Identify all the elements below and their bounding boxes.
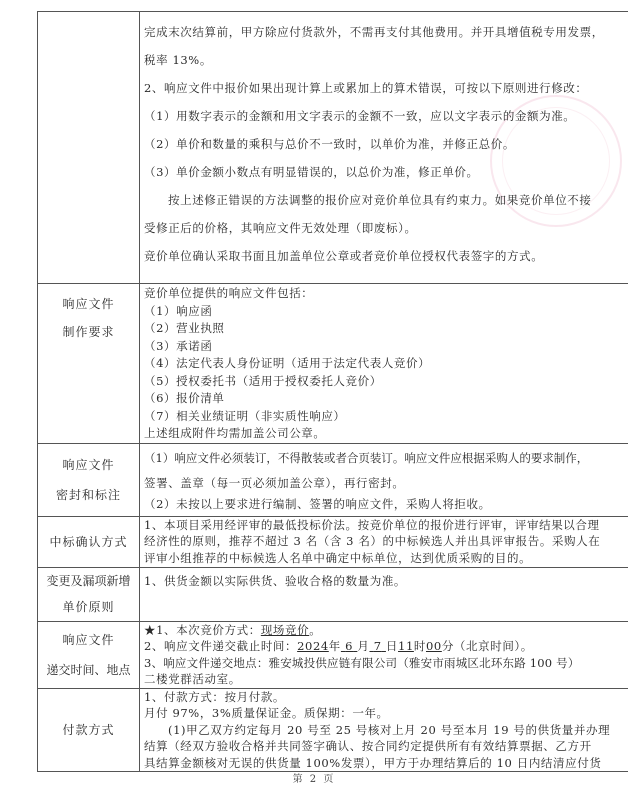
text-line: 2、响应文件中报价如果出现计算上或累加上的算术错误，可按以下原则进行修改： — [144, 74, 628, 102]
row-content: 1、本项目采用经评审的最低投标价法。按竞价单位的报价进行评审，评审结果以合理 经… — [140, 516, 628, 567]
table-row-submission-time-place: 响应文件 递交时间、地点 ★1、本次竞价方式：现场竞价。 2、响应文件递交截止时… — [38, 621, 628, 688]
text-line: 1、付款方式：按月付款。 — [144, 689, 628, 706]
list-item: （7）相关业绩证明（非实质性响应） — [144, 408, 628, 426]
row-content: （1）响应文件必须装订，不得散装或者合页装订。响应文件应根据采购人的要求制作， … — [140, 443, 628, 516]
text-line: 1、供货金额以实际供货、验收合格的数量为准。 — [144, 568, 628, 594]
text-line: （1）用数字表示的金额和用文字表示的金额不一致，应以文字表示的金额为准。 — [144, 102, 628, 130]
text-line: 二楼党群活动室。 — [144, 671, 628, 688]
list-item: （1）响应函 — [144, 303, 628, 321]
row-label: 响应文件 制作要求 — [38, 284, 140, 444]
text-line: 上述组成附件均需加盖公司公章。 — [144, 425, 628, 443]
list-item: （2）营业执照 — [144, 320, 628, 338]
row-label: 中标确认方式 — [38, 516, 140, 567]
list-item: （6）报价清单 — [144, 390, 628, 408]
row-content: 1、供货金额以实际供货、验收合格的数量为准。 — [140, 567, 628, 621]
deadline-hour: 11 — [398, 639, 414, 653]
text-line: 竞价单位确认采取书面且加盖单位公章或者竞价单位授权代表签字的方式。 — [144, 242, 628, 270]
table-row-settlement-corrections: 完成末次结算前，甲方除应付货款外，不需再支付其他费用。并开具增值税专用发票， 税… — [38, 12, 628, 284]
row-label: 变更及漏项新增 单价原则 — [38, 567, 140, 621]
document-page: 完成末次结算前，甲方除应付货款外，不需再支付其他费用。并开具增值税专用发票， 税… — [0, 0, 628, 786]
row-content: ★1、本次竞价方式：现场竞价。 2、响应文件递交截止时间：2024年 6 月 7… — [140, 621, 628, 688]
text-line: 签署、盖章（每一页必须加盖公章），再行密封。 — [144, 472, 628, 494]
text-line: 受修正后的价格，其响应文件无效处理（即废标）。 — [144, 214, 628, 242]
row-label: 付款方式 — [38, 688, 140, 772]
procurement-terms-table: 完成末次结算前，甲方除应付货款外，不需再支付其他费用。并开具增值税专用发票， 税… — [37, 11, 628, 772]
deadline-day: 7 — [369, 639, 385, 653]
text-line: 完成末次结算前，甲方除应付货款外，不需再支付其他费用。并开具增值税专用发票， — [144, 18, 628, 46]
table-row-response-file-requirements: 响应文件 制作要求 竞价单位提供的响应文件包括： （1）响应函 （2）营业执照 … — [38, 284, 628, 444]
list-item: （5）授权委托书（适用于授权委托人竞价） — [144, 373, 628, 391]
text-line: 税率 13%。 — [144, 46, 628, 74]
row-label: 响应文件 密封和标注 — [38, 443, 140, 516]
table-row-sealing-marking: 响应文件 密封和标注 （1）响应文件必须装订，不得散装或者合页装订。响应文件应根… — [38, 443, 628, 516]
text-line: （1）响应文件必须装订，不得散装或者合页装订。响应文件应根据采购人的要求制作， — [144, 444, 628, 472]
table-row-change-pricing-principle: 变更及漏项新增 单价原则 1、供货金额以实际供货、验收合格的数量为准。 — [38, 567, 628, 621]
row-label-empty — [38, 12, 140, 284]
row-content: 完成末次结算前，甲方除应付货款外，不需再支付其他费用。并开具增值税专用发票， 税… — [140, 12, 628, 284]
text-line: 竞价单位提供的响应文件包括： — [144, 285, 628, 303]
deadline-month: 6 — [341, 639, 357, 653]
text-line: 具结算金额核对无误的供货量 100%发票），甲方于办理结算后的 10 日内结清应… — [144, 755, 628, 772]
text-line: 1、本项目采用经评审的最低投标价法。按竞价单位的报价进行评审，评审结果以合理 — [144, 517, 628, 534]
deadline-minute: 00 — [426, 639, 442, 653]
submission-deadline-line: 2、响应文件递交截止时间：2024年 6 月 7 日11时00分（北京时间）。 — [144, 638, 628, 655]
list-item: （3）承诺函 — [144, 338, 628, 356]
row-label: 响应文件 递交时间、地点 — [38, 621, 140, 688]
text-line: 评审小组推荐的中标候选人名单中确定中标单位，达到优质采购的目的。 — [144, 550, 628, 567]
bid-method-line: ★1、本次竞价方式：现场竞价。 — [144, 622, 628, 639]
text-line: 经济性的原则，推荐不超过 3 名（含 3 名）的中标候选人并出具评审报告。采购人… — [144, 533, 628, 550]
text-line: （3）单价金额小数点有明显错误的，以总价为准，修正单价。 — [144, 158, 628, 186]
table-row-payment-method: 付款方式 1、付款方式：按月付款。 月付 97%，3%质量保证金。质保期：一年。… — [38, 688, 628, 772]
text-line: （2）未按以上要求进行编制、签署的响应文件，采购人将拒收。 — [144, 494, 628, 514]
row-content: 1、付款方式：按月付款。 月付 97%，3%质量保证金。质保期：一年。 (1)甲… — [140, 688, 628, 772]
page-number: 第 2 页 — [0, 770, 628, 785]
text-line: 月付 97%，3%质量保证金。质保期：一年。 — [144, 705, 628, 722]
text-line: 按上述修正错误的方法调整的报价应对竞价单位具有约束力。如果竞价单位不接 — [144, 186, 628, 214]
list-item: （4）法定代表人身份证明（适用于法定代表人竞价） — [144, 355, 628, 373]
text-line: 结算（经双方验收合格并共同签字确认、按合同约定提供所有有效结算票据、乙方开 — [144, 738, 628, 755]
text-line: （2）单价和数量的乘积与总价不一致时，以单价为准，并修正总价。 — [144, 130, 628, 158]
bid-method-value: 现场竞价 — [261, 623, 309, 637]
table-row-award-confirmation: 中标确认方式 1、本项目采用经评审的最低投标价法。按竞价单位的报价进行评审，评审… — [38, 516, 628, 567]
text-line: (1)甲乙双方约定每月 20 号至 25 号核对上月 20 号至本月 19 号的… — [144, 722, 628, 739]
deadline-year: 2024 — [297, 639, 329, 653]
row-content: 竞价单位提供的响应文件包括： （1）响应函 （2）营业执照 （3）承诺函 （4）… — [140, 284, 628, 444]
text-line: 3、响应文件递交地点：雅安城投供应链有限公司（雅安市雨城区北环东路 100 号） — [144, 655, 628, 672]
